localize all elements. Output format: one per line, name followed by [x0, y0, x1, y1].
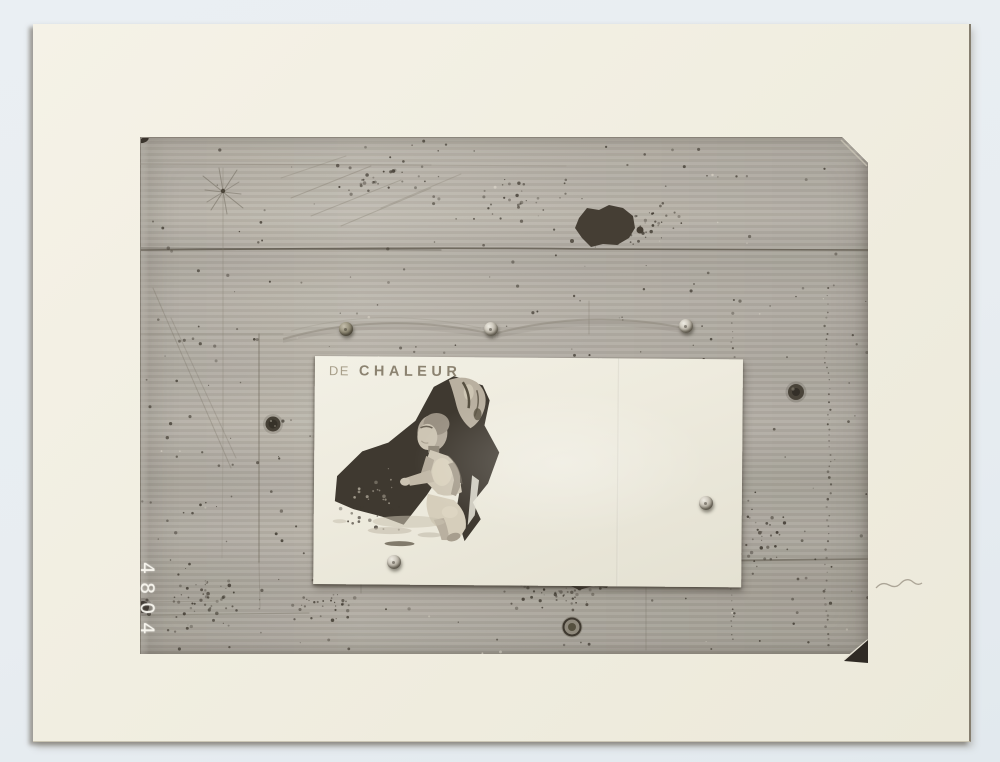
negative-number: 4804 [136, 562, 158, 642]
scanned-photograph: 4804 DECHALEUR [0, 0, 1000, 762]
thumbtack-top-middle [484, 322, 498, 336]
ground-shadows [333, 515, 445, 546]
thumbtack-top-left [339, 322, 353, 336]
thumbtack-top-right [679, 319, 693, 333]
thumbtack-bottom-middle [387, 555, 401, 569]
photo-mat-board: 4804 DECHALEUR [33, 24, 971, 742]
thumbtack-right-middle [699, 496, 713, 510]
poster-card: DECHALEUR [313, 356, 743, 587]
poster-illustration [327, 368, 541, 582]
